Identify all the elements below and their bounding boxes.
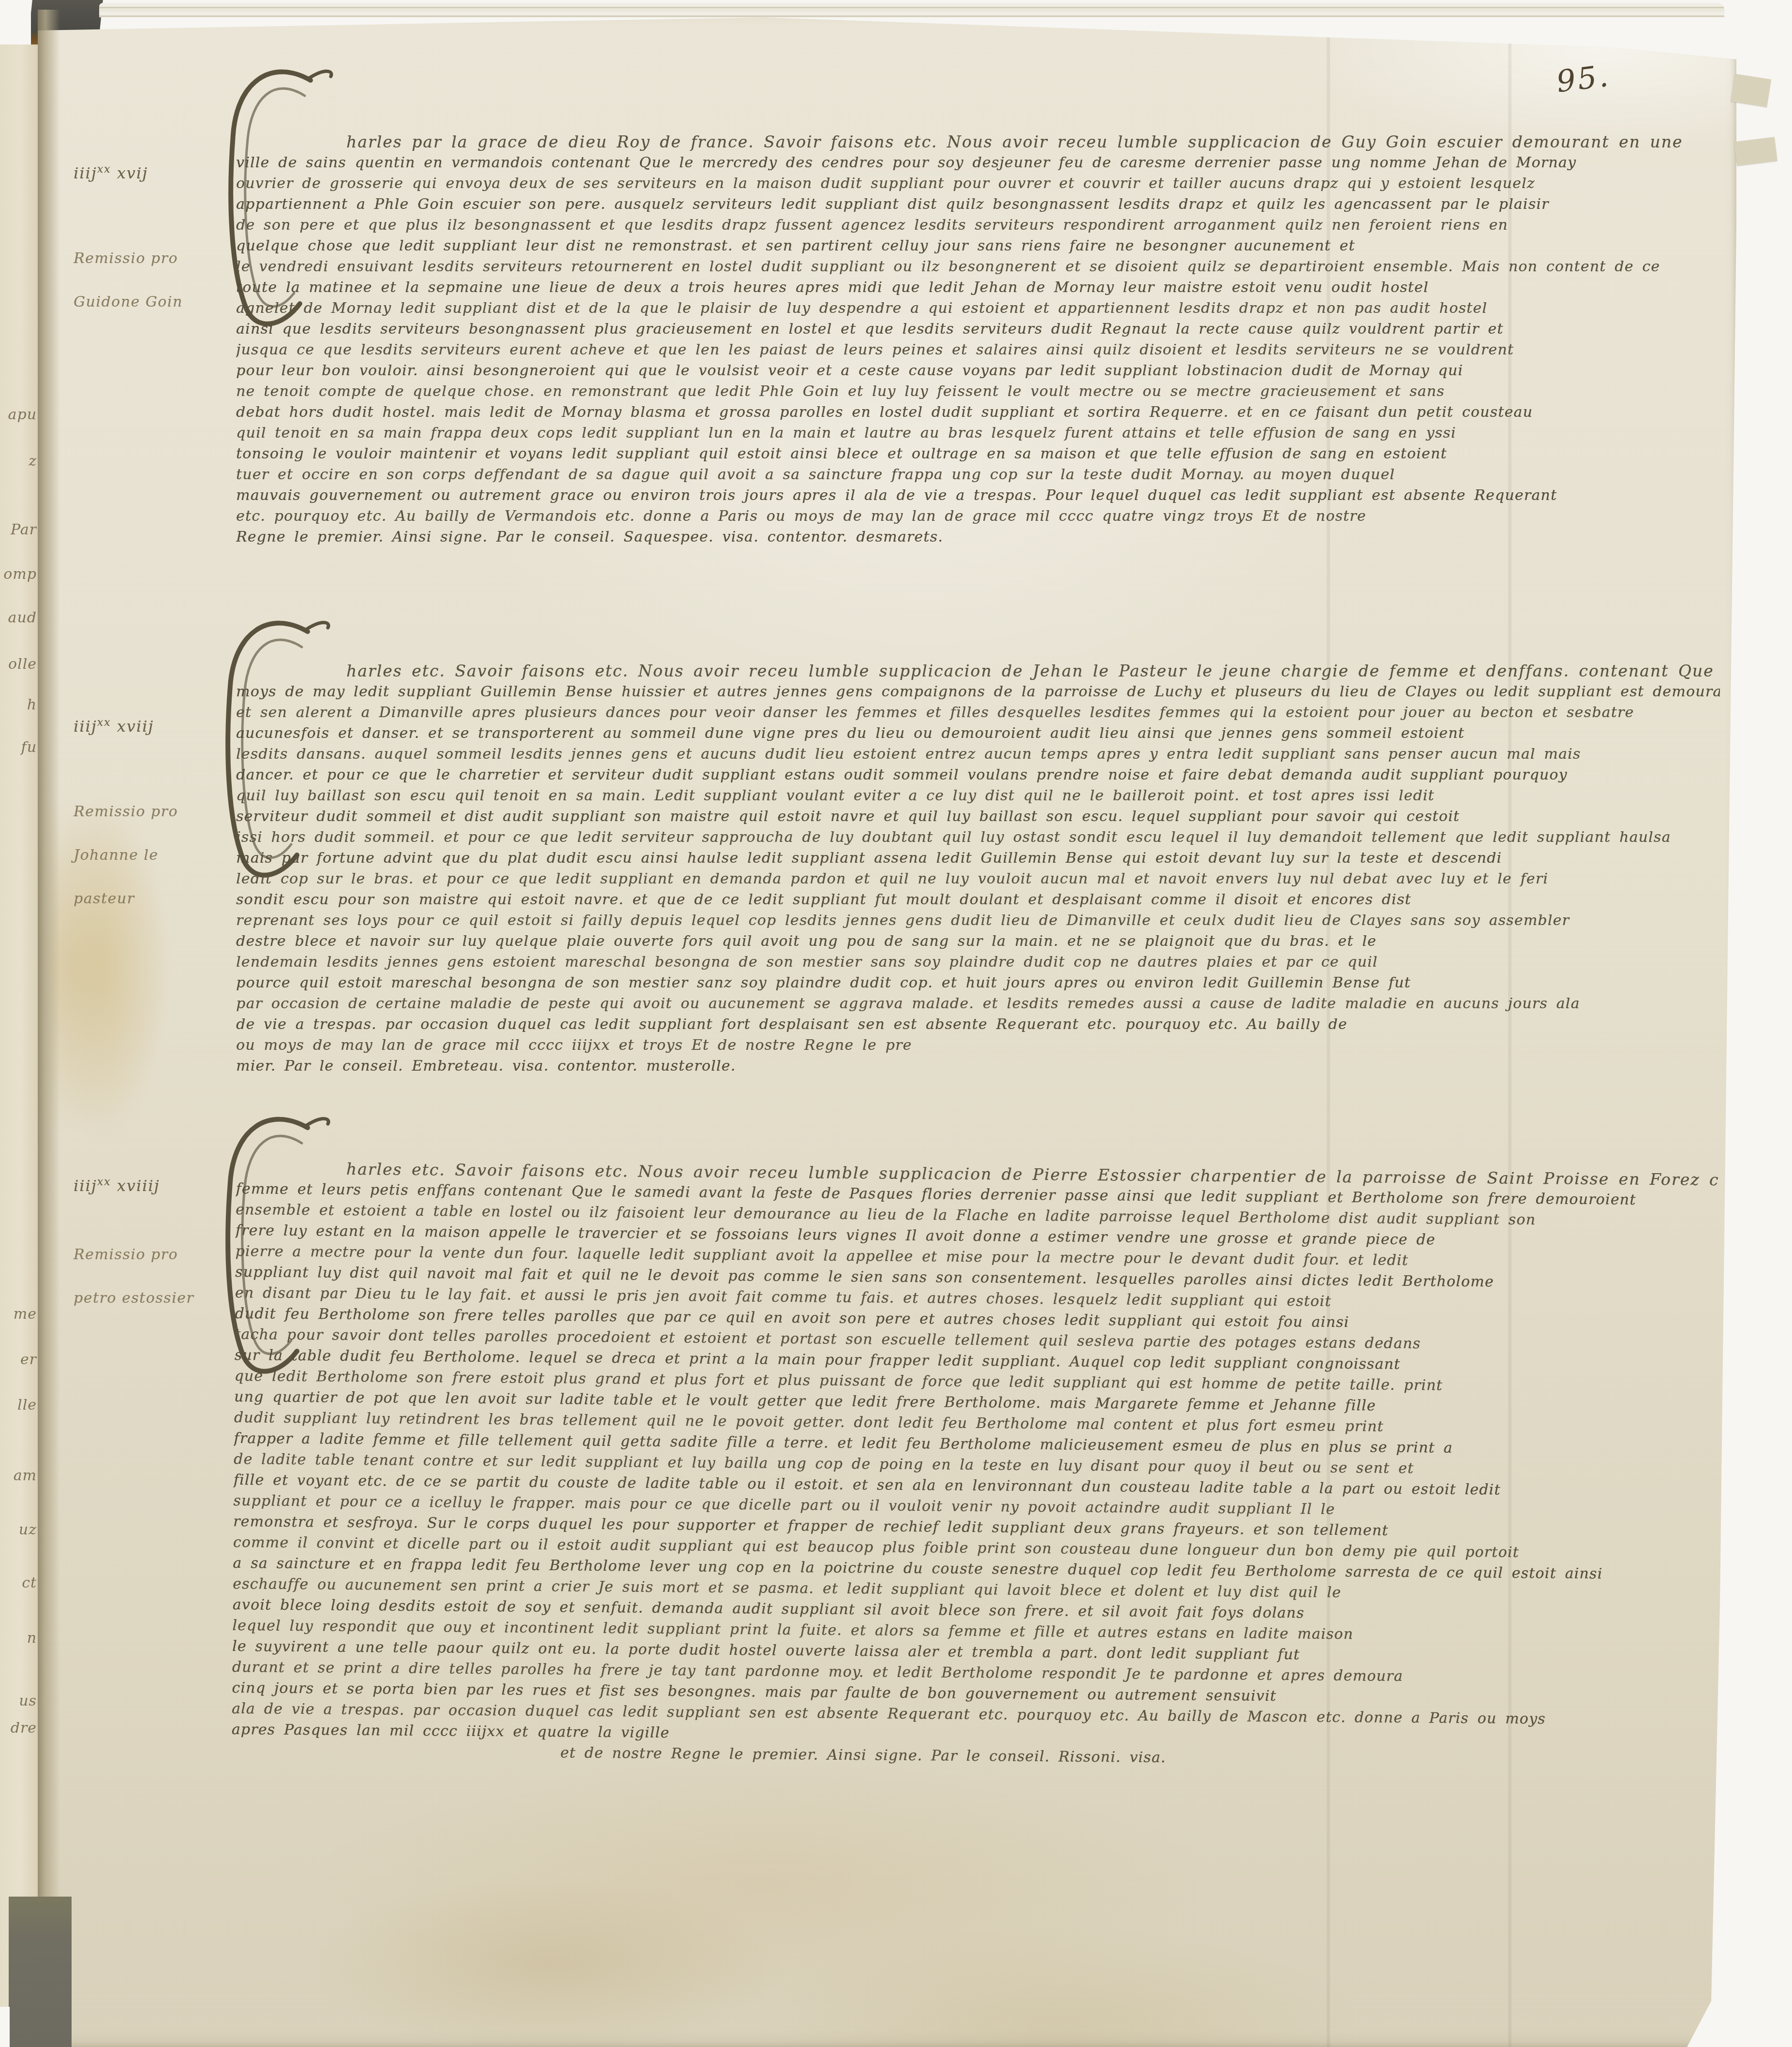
manuscript-text-line: pour leur bon vouloir. ainsi besongneroi… — [236, 360, 1720, 381]
manuscript-text-line: Remissio pro — [74, 1242, 236, 1286]
page-stack-top-edge — [99, 3, 1724, 17]
facing-page-text-fragment: omp — [2, 566, 37, 583]
margin-note-text: Remissio proGuidone Goin — [74, 246, 236, 333]
manuscript-text-line: etc. pourquoy etc. Au bailly de Vermando… — [236, 506, 1720, 527]
manuscript-text-line: quil luy baillast son escu quil tenoit e… — [236, 785, 1720, 806]
scan-corner-top-left — [0, 0, 31, 44]
manuscript-text-line: ou moys de may lan de grace mil cccc iii… — [236, 1035, 1720, 1056]
manuscript-text-line — [236, 547, 1720, 568]
manuscript-text-line: tonsoing le vouloir maintenir et voyans … — [236, 443, 1720, 464]
manuscript-text-line: mais par fortune advint que du plat dudi… — [236, 848, 1720, 869]
manuscript-text-line: et sen alerent a Dimanville apres plusie… — [236, 702, 1720, 723]
manuscript-text-line: le vendredi ensuivant lesdits serviteurs… — [236, 256, 1720, 277]
facing-page-text-fragment: aud — [2, 609, 37, 626]
margin-note-entry-1: iiijxx xvij Remissio proGuidone Goin — [74, 163, 236, 333]
gutter-shadow — [38, 10, 60, 2047]
facing-page-text-fragment: z — [2, 453, 37, 470]
margin-note-entry-2: iiijxx xviij Remissio proJohanne lepaste… — [74, 717, 236, 930]
manuscript-text-line: tuer et occire en son corps deffendant d… — [236, 464, 1720, 485]
manuscript-text-line: Regne le premier. Ainsi signe. Par le co… — [236, 527, 1720, 547]
manuscript-text-line: serviteur dudit sommeil et dist audit su… — [236, 806, 1720, 827]
manuscript-text-line: dancer. et pour ce que le charretier et … — [236, 765, 1720, 785]
facing-page-text-fragment: lle — [2, 1397, 37, 1414]
entry-numeral: iiijxx xvij — [74, 163, 236, 182]
facing-page-text-fragment: dre — [2, 1720, 37, 1737]
facing-page-text-fragment: us — [2, 1693, 37, 1709]
manuscript-text-line: sondit escu pour son maistre qui estoit … — [236, 889, 1720, 910]
manuscript-text-line: ainsi que lesdits serviteurs besongnasse… — [236, 319, 1720, 339]
facing-page-text-fragment: h — [2, 696, 37, 713]
manuscript-text-line: aucunesfois et danser. et se transporter… — [236, 723, 1720, 744]
parchment-edge-tab — [1734, 137, 1777, 166]
facing-page-text-fragment: am — [2, 1467, 37, 1484]
manuscript-text-line: mauvais gouvernement ou autrement grace … — [236, 485, 1720, 506]
facing-page-text-fragment: uz — [2, 1521, 37, 1538]
manuscript-text-line: de vie a trespas. par occasion duquel ca… — [236, 1014, 1720, 1035]
manuscript-text-line: issi hors dudit sommeil. et pour ce que … — [236, 827, 1720, 848]
facing-page-text-fragment: n — [2, 1630, 37, 1647]
parchment-stain — [304, 1759, 1223, 2011]
margin-note-text: Remissio propetro estossier — [74, 1242, 236, 1329]
facing-page-edge: apuzParompaudollehfumeerlleamuzctnusdre — [0, 43, 39, 2007]
manuscript-text-line: ledit cop sur le bras. et pour ce que le… — [236, 869, 1720, 889]
manuscript-text-line: mier. Par le conseil. Embreteau. visa. c… — [236, 1056, 1720, 1076]
parchment-edge-tab — [1731, 74, 1771, 107]
facing-page-text-fragment: fu — [2, 739, 37, 756]
manuscript-text-line: Guidone Goin — [74, 290, 236, 333]
letter-of-remission-entry-3: harles etc. Savoir faisons etc. Nous avo… — [231, 1158, 1720, 1772]
manuscript-text-line: moys de may ledit suppliant Guillemin Be… — [236, 681, 1720, 702]
folio-number: 95. — [1555, 58, 1612, 100]
facing-page-text-fragment: olle — [2, 656, 37, 673]
entry-numeral: iiijxx xviij — [74, 717, 236, 736]
manuscript-scan: apuzParompaudollehfumeerlleamuzctnusdre … — [0, 0, 1792, 2047]
letter-of-remission-entry-1: harles par la grace de dieu Roy de franc… — [236, 132, 1720, 568]
manuscript-text-line: quil tenoit en sa main frappa deux cops … — [236, 423, 1720, 443]
margin-note-entry-3: iiijxx xviiij Remissio propetro estossie… — [74, 1176, 236, 1329]
manuscript-text-line: harles par la grace de dieu Roy de franc… — [236, 132, 1720, 152]
manuscript-text-line: jusqua ce que lesdits serviteurs eurent … — [236, 339, 1720, 360]
manuscript-text-line: lesdits dansans. auquel sommeil lesdits … — [236, 744, 1720, 765]
manuscript-text-line: petro estossier — [74, 1286, 236, 1329]
manuscript-text-line: reprenant ses loys pour ce quil estoit s… — [236, 910, 1720, 931]
facing-page-text-fragment: er — [2, 1351, 37, 1368]
facing-page-text-fragment: ct — [2, 1575, 37, 1591]
manuscript-text-line: Remissio pro — [74, 246, 236, 290]
manuscript-text-line: agnelet de Mornay ledit suppliant dist e… — [236, 298, 1720, 319]
manuscript-text-line: quelque chose que ledit suppliant leur d… — [236, 236, 1720, 256]
manuscript-text-line: Remissio pro — [74, 799, 236, 843]
manuscript-text-line: Johanne le — [74, 843, 236, 886]
facing-page-text-fragment: me — [2, 1306, 37, 1323]
manuscript-text-line: ville de sains quentin en vermandois con… — [236, 152, 1720, 173]
entry-numeral: iiijxx xviiij — [74, 1176, 236, 1195]
manuscript-text-line: harles etc. Savoir faisons etc. Nous avo… — [236, 661, 1720, 681]
manuscript-text-line: ne tenoit compte de quelque chose. en re… — [236, 381, 1720, 402]
manuscript-text-line: pasteur — [74, 886, 236, 930]
manuscript-text-line: debat hors dudit hostel. mais ledit de M… — [236, 402, 1720, 423]
letter-of-remission-entry-2: harles etc. Savoir faisons etc. Nous avo… — [236, 661, 1720, 1076]
manuscript-text-line: appartiennent a Phle Goin escuier son pe… — [236, 194, 1720, 215]
manuscript-text-line: pource quil estoit mareschal besongna de… — [236, 972, 1720, 993]
manuscript-text-line: de son pere et que plus ilz besongnassen… — [236, 215, 1720, 236]
manuscript-text-line: destre blece et navoir sur luy quelque p… — [236, 931, 1720, 952]
margin-note-text: Remissio proJohanne lepasteur — [74, 799, 236, 930]
manuscript-text-line: toute la matinee et la sepmaine une lieu… — [236, 277, 1720, 298]
manuscript-text-line: par occasion de certaine maladie de pest… — [236, 993, 1720, 1014]
facing-page-text-fragment: Par — [2, 521, 37, 538]
manuscript-text-line: ouvrier de grosserie qui envoya deux de … — [236, 173, 1720, 194]
manuscript-text-line: lendemain lesdits jennes gens estoient m… — [236, 952, 1720, 972]
scan-corner-bottom-left — [0, 2007, 10, 2047]
facing-page-text-fragment: apu — [2, 406, 37, 423]
binding-tape-bottom — [9, 1897, 72, 2047]
